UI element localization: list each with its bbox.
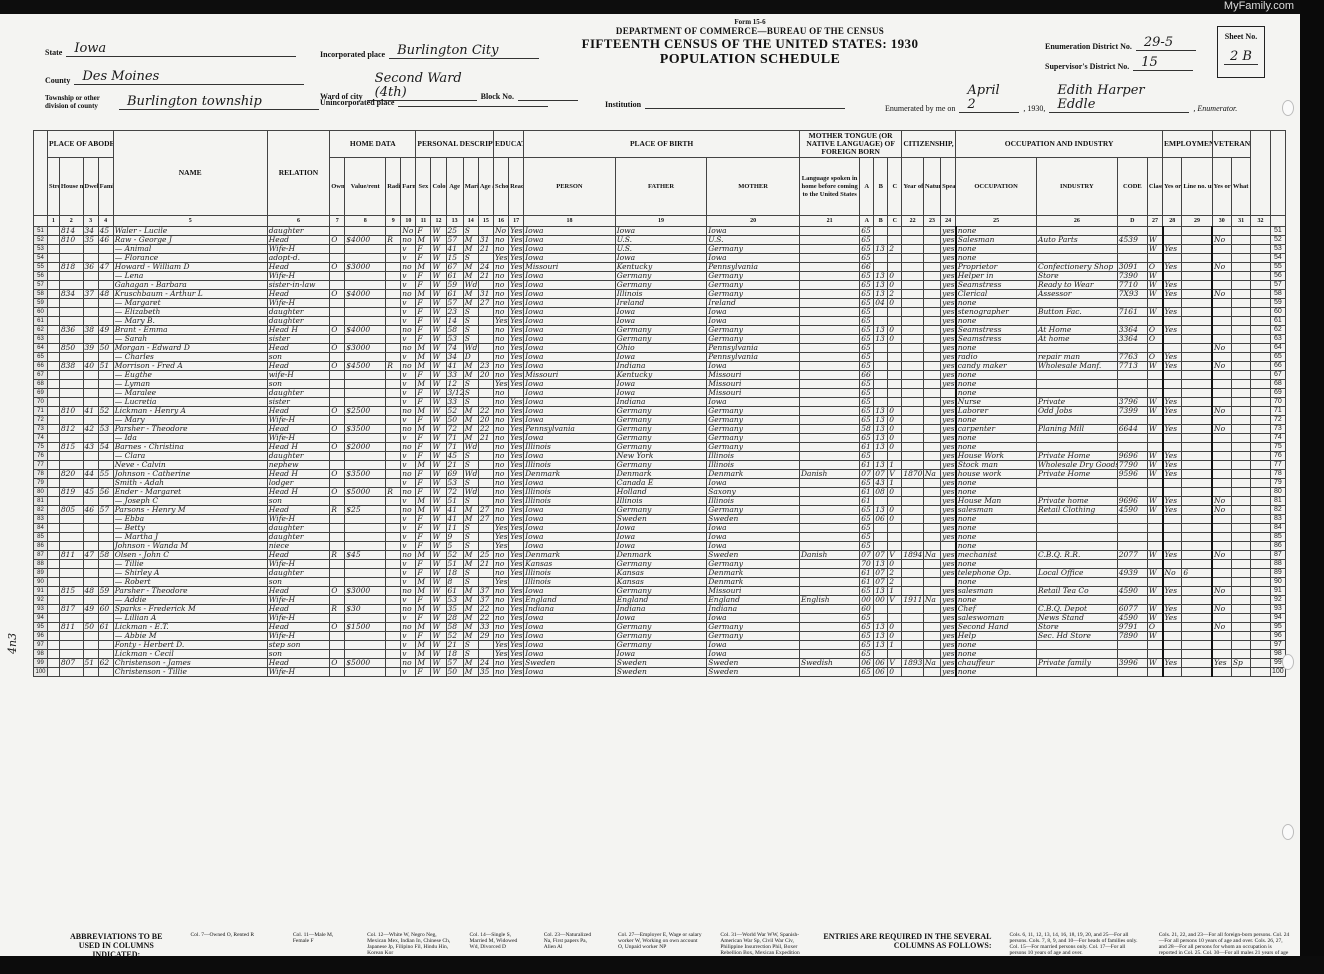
relation-cell: daughter xyxy=(267,317,329,326)
code-a-cell: 65 xyxy=(860,533,874,542)
sex-cell: F xyxy=(416,614,431,623)
english-cell: yes xyxy=(941,380,956,389)
language-cell xyxy=(799,263,859,272)
occupation-code-cell: 9696 xyxy=(1117,452,1147,461)
home-value-cell xyxy=(345,479,386,488)
radio-cell xyxy=(386,389,401,398)
marital-cell: S xyxy=(463,326,478,335)
occupation-cell: none xyxy=(956,650,1037,659)
english-cell: yes xyxy=(941,416,956,425)
veteran-cell: No xyxy=(1212,425,1231,434)
radio-cell xyxy=(386,659,401,668)
birthplace-cell: Iowa xyxy=(524,227,616,236)
table-row: 668384051Morrison - Fred AHeadO$4500RnoM… xyxy=(34,362,1286,371)
read-write-cell: Yes xyxy=(509,380,524,389)
line-number: 92 xyxy=(34,596,48,605)
marital-cell: M xyxy=(463,407,478,416)
radio-cell xyxy=(386,668,401,677)
language-cell xyxy=(799,389,859,398)
birthplace-cell: Kansas xyxy=(524,560,616,569)
relation-cell: son xyxy=(267,353,329,362)
code-a-cell: 65 xyxy=(860,380,874,389)
home-value-cell xyxy=(345,560,386,569)
sex-cell: F xyxy=(416,308,431,317)
code-c-cell: V xyxy=(888,596,902,605)
veteran-cell xyxy=(1212,488,1231,497)
street-cell xyxy=(48,623,60,632)
mother-birthplace-cell: Iowa xyxy=(707,479,800,488)
column-number: D xyxy=(1117,216,1147,227)
english-cell: yes xyxy=(941,479,956,488)
color-header: Color xyxy=(431,158,446,216)
footer-col14: Col. 14—Single S, Married M, Widowed Wd,… xyxy=(470,932,526,950)
veteran-cell xyxy=(1212,668,1231,677)
punch-hole xyxy=(1282,100,1294,116)
township-label: Township or other division of county xyxy=(45,94,115,110)
employment-cell: Yes xyxy=(1163,452,1182,461)
school-cell: no xyxy=(493,425,508,434)
read-write-cell: Yes xyxy=(509,632,524,641)
street-cell xyxy=(48,272,60,281)
owned-rented-cell: O xyxy=(330,659,345,668)
code-c-cell: 0 xyxy=(888,632,902,641)
table-row: 100Christenson - TillieWife-HvFW50M35noY… xyxy=(34,668,1286,677)
farm-cell: no xyxy=(401,263,416,272)
father-birthplace-cell: Germany xyxy=(615,623,707,632)
naturalization-cell xyxy=(923,425,940,434)
table-row: 628363849Brant - EmmaHead HO$4000noFW58S… xyxy=(34,326,1286,335)
war-cell xyxy=(1231,461,1250,470)
industry-cell xyxy=(1036,515,1117,524)
father-birthplace-cell: Kansas xyxy=(615,569,707,578)
dwelling-cell xyxy=(83,569,98,578)
dwelling-cell xyxy=(83,560,98,569)
marital-cell: S xyxy=(463,389,478,398)
class-worker-cell: W xyxy=(1147,425,1162,434)
person-name-cell: — Maralee xyxy=(113,389,267,398)
unemployment-line-cell xyxy=(1182,452,1212,461)
dwelling-cell xyxy=(83,461,98,470)
column-number: B xyxy=(874,216,888,227)
war-cell xyxy=(1231,353,1250,362)
age-at-marriage-cell xyxy=(478,650,493,659)
marital-cell: S xyxy=(463,533,478,542)
naturalization-cell xyxy=(923,308,940,317)
house-number-cell xyxy=(59,569,83,578)
employment-cell: Yes xyxy=(1163,290,1182,299)
immigration-year-cell xyxy=(902,371,924,380)
table-row: 788204455Johnson - CatherineHead HO$3500… xyxy=(34,470,1286,479)
marital-cell: M xyxy=(463,272,478,281)
line-number: 73 xyxy=(34,425,48,434)
code-a-cell: 65 xyxy=(860,479,874,488)
age-cell: 34 xyxy=(446,353,463,362)
sex-cell: F xyxy=(416,470,431,479)
class-worker-cell: W xyxy=(1147,236,1162,245)
english-cell: yes xyxy=(941,659,956,668)
marital-cell: M xyxy=(463,416,478,425)
sex-cell: F xyxy=(416,668,431,677)
war-cell xyxy=(1231,281,1250,290)
farm-schedule-cell xyxy=(1251,254,1270,263)
table-row: 53— AnimalWife-HvFW41M21noYesIowaU.S.Ger… xyxy=(34,245,1286,254)
occupation-code-cell xyxy=(1117,533,1147,542)
family-cell xyxy=(98,479,113,488)
age-at-marriage-cell xyxy=(478,470,493,479)
farm-cell: v xyxy=(401,398,416,407)
read-write-cell: Yes xyxy=(509,659,524,668)
class-worker-cell: W xyxy=(1147,290,1162,299)
family-cell xyxy=(98,560,113,569)
read-write-cell: Yes xyxy=(509,668,524,677)
industry-cell xyxy=(1036,596,1117,605)
farm-cell: v xyxy=(401,245,416,254)
farm-cell: v xyxy=(401,560,416,569)
age-cell: 21 xyxy=(446,641,463,650)
veteran-cell: No xyxy=(1212,587,1231,596)
occupation-cell: candy maker xyxy=(956,362,1037,371)
age-at-marriage-cell: 21 xyxy=(478,434,493,443)
mother-birthplace-cell: Missouri xyxy=(707,389,800,398)
row-number: 65 xyxy=(1270,353,1285,362)
enum-district-field: Enumeration District No. 29-5 xyxy=(1045,36,1196,51)
war-cell xyxy=(1231,524,1250,533)
code-b-cell xyxy=(874,398,888,407)
class-worker-cell xyxy=(1147,380,1162,389)
column-number: C xyxy=(888,216,902,227)
language-cell xyxy=(799,452,859,461)
race-cell: W xyxy=(431,254,446,263)
sex-cell: F xyxy=(416,272,431,281)
radio-cell xyxy=(386,416,401,425)
occupation-code-cell: 7399 xyxy=(1117,407,1147,416)
employment-cell: Yes xyxy=(1163,506,1182,515)
war-cell xyxy=(1231,605,1250,614)
radio-cell xyxy=(386,308,401,317)
birthplace-cell: Illinois xyxy=(524,569,616,578)
father-birthplace-cell: Iowa xyxy=(615,227,707,236)
father-birthplace-cell: Iowa xyxy=(615,353,707,362)
code-b-header: B xyxy=(874,158,888,216)
occupation-code-cell xyxy=(1117,596,1147,605)
dwelling-cell: 43 xyxy=(83,443,98,452)
abode-header: PLACE OF ABODE xyxy=(48,131,114,158)
race-cell: W xyxy=(431,596,446,605)
street-cell xyxy=(48,299,60,308)
supervisor-label: Supervisor's District No. xyxy=(1045,62,1129,71)
owned-rented-cell xyxy=(330,281,345,290)
street-cell xyxy=(48,659,60,668)
language-cell xyxy=(799,524,859,533)
row-number: 57 xyxy=(1270,281,1285,290)
birthplace-cell: Iowa xyxy=(524,362,616,371)
language-cell xyxy=(799,605,859,614)
farm-schedule-cell xyxy=(1251,263,1270,272)
birthplace-cell: Missouri xyxy=(524,263,616,272)
race-cell: W xyxy=(431,452,446,461)
home-value-cell: $3500 xyxy=(345,425,386,434)
race-cell: W xyxy=(431,542,446,551)
occupation-code-cell: 3364 xyxy=(1117,326,1147,335)
english-cell: yes xyxy=(941,452,956,461)
code-b-cell: 13 xyxy=(874,245,888,254)
dwelling-cell: 42 xyxy=(83,425,98,434)
person-name-cell: — Ebba xyxy=(113,515,267,524)
school-cell: no xyxy=(493,263,508,272)
marital-cell: S xyxy=(463,479,478,488)
birthplace-cell: Iowa xyxy=(524,326,616,335)
unemployment-line-cell xyxy=(1182,614,1212,623)
dwelling-cell: 51 xyxy=(83,659,98,668)
farm-schedule-cell xyxy=(1251,317,1270,326)
naturalization-cell xyxy=(923,614,940,623)
race-cell: W xyxy=(431,605,446,614)
dwelling-cell xyxy=(83,299,98,308)
scan-right-border xyxy=(1300,0,1324,974)
occupation-cell: Nurse xyxy=(956,398,1037,407)
veteran-cell xyxy=(1212,614,1231,623)
age-cell: 57 xyxy=(446,659,463,668)
house-number-cell: 815 xyxy=(59,587,83,596)
dwelling-cell xyxy=(83,452,98,461)
employment-cell xyxy=(1163,254,1182,263)
veteran-cell xyxy=(1212,227,1231,236)
dwelling-cell xyxy=(83,371,98,380)
code-c-cell: 0 xyxy=(888,434,902,443)
war-cell xyxy=(1231,641,1250,650)
farm-cell: no xyxy=(401,470,416,479)
birthplace-cell: Iowa xyxy=(524,542,616,551)
line-number: 93 xyxy=(34,605,48,614)
birthplace-cell: Illinois xyxy=(524,488,616,497)
mother-birthplace-cell: Missouri xyxy=(707,380,800,389)
owned-rented-cell: O xyxy=(330,470,345,479)
code-b-cell xyxy=(874,227,888,236)
code-a-cell: 65 xyxy=(860,308,874,317)
naturalization-cell xyxy=(923,434,940,443)
employment-cell: Yes xyxy=(1163,353,1182,362)
occupation-code-cell: 7390 xyxy=(1117,272,1147,281)
owned-rented-cell: O xyxy=(330,587,345,596)
language-cell xyxy=(799,533,859,542)
age-cell: 72 xyxy=(446,488,463,497)
dwelling-cell xyxy=(83,515,98,524)
form-number: Form 15-6 xyxy=(560,18,940,26)
veteran-cell: No xyxy=(1212,605,1231,614)
naturalization-cell xyxy=(923,254,940,263)
house-number-cell: 836 xyxy=(59,326,83,335)
table-row: 94— Lillian AWife-HvFW28M22noYesIowaIowa… xyxy=(34,614,1286,623)
owned-rented-cell xyxy=(330,632,345,641)
race-cell: W xyxy=(431,245,446,254)
column-number: 13 xyxy=(446,216,463,227)
line-number: 55 xyxy=(34,263,48,272)
home-value-cell xyxy=(345,650,386,659)
marital-cell: M xyxy=(463,434,478,443)
immigration-year-cell xyxy=(902,272,924,281)
school-cell: Yes xyxy=(493,533,508,542)
age-at-marriage-cell: 20 xyxy=(478,416,493,425)
code-a-cell: 65 xyxy=(860,272,874,281)
race-cell: W xyxy=(431,317,446,326)
birthplace-cell: Illinois xyxy=(524,443,616,452)
code-b-cell: 13 xyxy=(874,281,888,290)
age-cell: 18 xyxy=(446,569,463,578)
code-a-cell: 65 xyxy=(860,641,874,650)
dwelling-cell xyxy=(83,398,98,407)
naturalization-cell xyxy=(923,317,940,326)
relation-cell: Head xyxy=(267,623,329,632)
language-cell xyxy=(799,299,859,308)
table-row: 648503950Morgan - Edward DHeadO$3000noMW… xyxy=(34,344,1286,353)
naturalization-cell xyxy=(923,371,940,380)
owned-rented-cell xyxy=(330,389,345,398)
person-name-cell: Brant - Emma xyxy=(113,326,267,335)
industry-cell xyxy=(1036,533,1117,542)
mother-birthplace-cell: Sweden xyxy=(707,515,800,524)
read-write-cell: Yes xyxy=(509,308,524,317)
war-cell xyxy=(1231,569,1250,578)
veteran-cell xyxy=(1212,353,1231,362)
industry-cell: Local Office xyxy=(1036,569,1117,578)
class-worker-cell: W xyxy=(1147,506,1162,515)
family-cell xyxy=(98,380,113,389)
naturalization-cell xyxy=(923,290,940,299)
age-cell: 12 xyxy=(446,380,463,389)
relation-cell: son xyxy=(267,578,329,587)
radio-cell: R xyxy=(386,488,401,497)
class-worker-cell: O xyxy=(1147,263,1162,272)
mother-birthplace-cell: Iowa xyxy=(707,533,800,542)
line-number: 95 xyxy=(34,623,48,632)
row-number: 62 xyxy=(1270,326,1285,335)
code-c-cell: V xyxy=(888,470,902,479)
language-cell xyxy=(799,587,859,596)
occupation-code-cell xyxy=(1117,542,1147,551)
veteran-header: Yes or No xyxy=(1212,158,1231,216)
employment-cell: Yes xyxy=(1163,425,1182,434)
race-cell: W xyxy=(431,434,446,443)
house-number-cell xyxy=(59,668,83,677)
age-at-marriage-cell xyxy=(478,452,493,461)
mother-birthplace-cell: Iowa xyxy=(707,650,800,659)
father-birthplace-cell: Germany xyxy=(615,326,707,335)
age-at-marriage-cell xyxy=(478,479,493,488)
occupation-code-cell: 6077 xyxy=(1117,605,1147,614)
birthplace-cell: Iowa xyxy=(524,623,616,632)
read-write-cell: Yes xyxy=(509,596,524,605)
school-cell: no xyxy=(493,290,508,299)
code-b-cell xyxy=(874,344,888,353)
war-cell xyxy=(1231,479,1250,488)
relation-cell: daughter xyxy=(267,452,329,461)
immigration-year-cell xyxy=(902,389,924,398)
code-a-cell: 70 xyxy=(860,560,874,569)
school-header: School xyxy=(493,158,508,216)
table-row: 88— TillieWife-HvFW51M21noYesKansasGerma… xyxy=(34,560,1286,569)
war-cell xyxy=(1231,668,1250,677)
employment-cell xyxy=(1163,344,1182,353)
read-write-cell: Yes xyxy=(509,290,524,299)
house-number-cell xyxy=(59,542,83,551)
marital-cell: S xyxy=(463,380,478,389)
occupation-header: OCCUPATION AND INDUSTRY xyxy=(956,131,1163,158)
ward-value: Second Ward (4th) xyxy=(367,72,477,101)
immigration-year-cell xyxy=(902,290,924,299)
table-row: 588343748Kruschbaum - Arthur LHeadO$4000… xyxy=(34,290,1286,299)
farm-schedule-cell xyxy=(1251,632,1270,641)
family-cell: 62 xyxy=(98,659,113,668)
marital-cell: M xyxy=(463,236,478,245)
employment-cell: Yes xyxy=(1163,398,1182,407)
marital-cell: M xyxy=(463,668,478,677)
age-cell: 72 xyxy=(446,425,463,434)
row-number: 89 xyxy=(1270,569,1285,578)
farm-schedule-cell xyxy=(1251,407,1270,416)
code-b-cell xyxy=(874,353,888,362)
house-number-cell: 805 xyxy=(59,506,83,515)
code-c-cell xyxy=(888,254,902,263)
family-cell: 54 xyxy=(98,443,113,452)
code-c-cell xyxy=(888,362,902,371)
race-cell: W xyxy=(431,236,446,245)
mother-birthplace-cell: Germany xyxy=(707,290,800,299)
father-birthplace-cell: Germany xyxy=(615,641,707,650)
street-cell xyxy=(48,236,60,245)
birthplace-cell: Iowa xyxy=(524,335,616,344)
relation-cell: adopt-d. xyxy=(267,254,329,263)
mother-birthplace-cell: Germany xyxy=(707,281,800,290)
occupation-code-cell: 3364 xyxy=(1117,335,1147,344)
person-name-cell: Kruschbaum - Arthur L xyxy=(113,290,267,299)
row-number: 95 xyxy=(1270,623,1285,632)
radio-cell xyxy=(386,578,401,587)
owned-rented-cell xyxy=(330,533,345,542)
radio-cell xyxy=(386,398,401,407)
war-cell xyxy=(1231,560,1250,569)
code-a-cell: 65 xyxy=(860,623,874,632)
family-cell xyxy=(98,353,113,362)
code-c-cell: 0 xyxy=(888,272,902,281)
table-row: 54— Floranceadopt-d.vFW15SYesYesIowaIowa… xyxy=(34,254,1286,263)
school-cell: no xyxy=(493,407,508,416)
industry-header: INDUSTRY xyxy=(1036,158,1117,216)
age-cell: 67 xyxy=(446,263,463,272)
sex-cell: M xyxy=(416,578,431,587)
industry-cell xyxy=(1036,488,1117,497)
unemployment-line-cell xyxy=(1182,641,1212,650)
code-b-cell: 13 xyxy=(874,623,888,632)
row-number: 97 xyxy=(1270,641,1285,650)
relation-cell: Head xyxy=(267,605,329,614)
farm-schedule-cell xyxy=(1251,470,1270,479)
marital-cell: M xyxy=(463,587,478,596)
war-cell xyxy=(1231,614,1250,623)
census-rows: 518143445Waler - LuciledaughterNoFW25SNo… xyxy=(34,227,1286,677)
employment-cell: Yes xyxy=(1163,587,1182,596)
person-bp-header: PERSON xyxy=(524,158,616,216)
farm-cell: v xyxy=(401,281,416,290)
farm-cell: no xyxy=(401,425,416,434)
home-value-cell xyxy=(345,641,386,650)
occupation-cell: salesman xyxy=(956,506,1037,515)
naturalization-cell: Na xyxy=(923,596,940,605)
owned-rented-cell xyxy=(330,650,345,659)
person-name-cell: — Lena xyxy=(113,272,267,281)
farm-schedule-cell xyxy=(1251,362,1270,371)
age-at-marriage-cell xyxy=(478,326,493,335)
table-row: 74— IdaWife-HvFW71M21noYesIowaGermanyGer… xyxy=(34,434,1286,443)
